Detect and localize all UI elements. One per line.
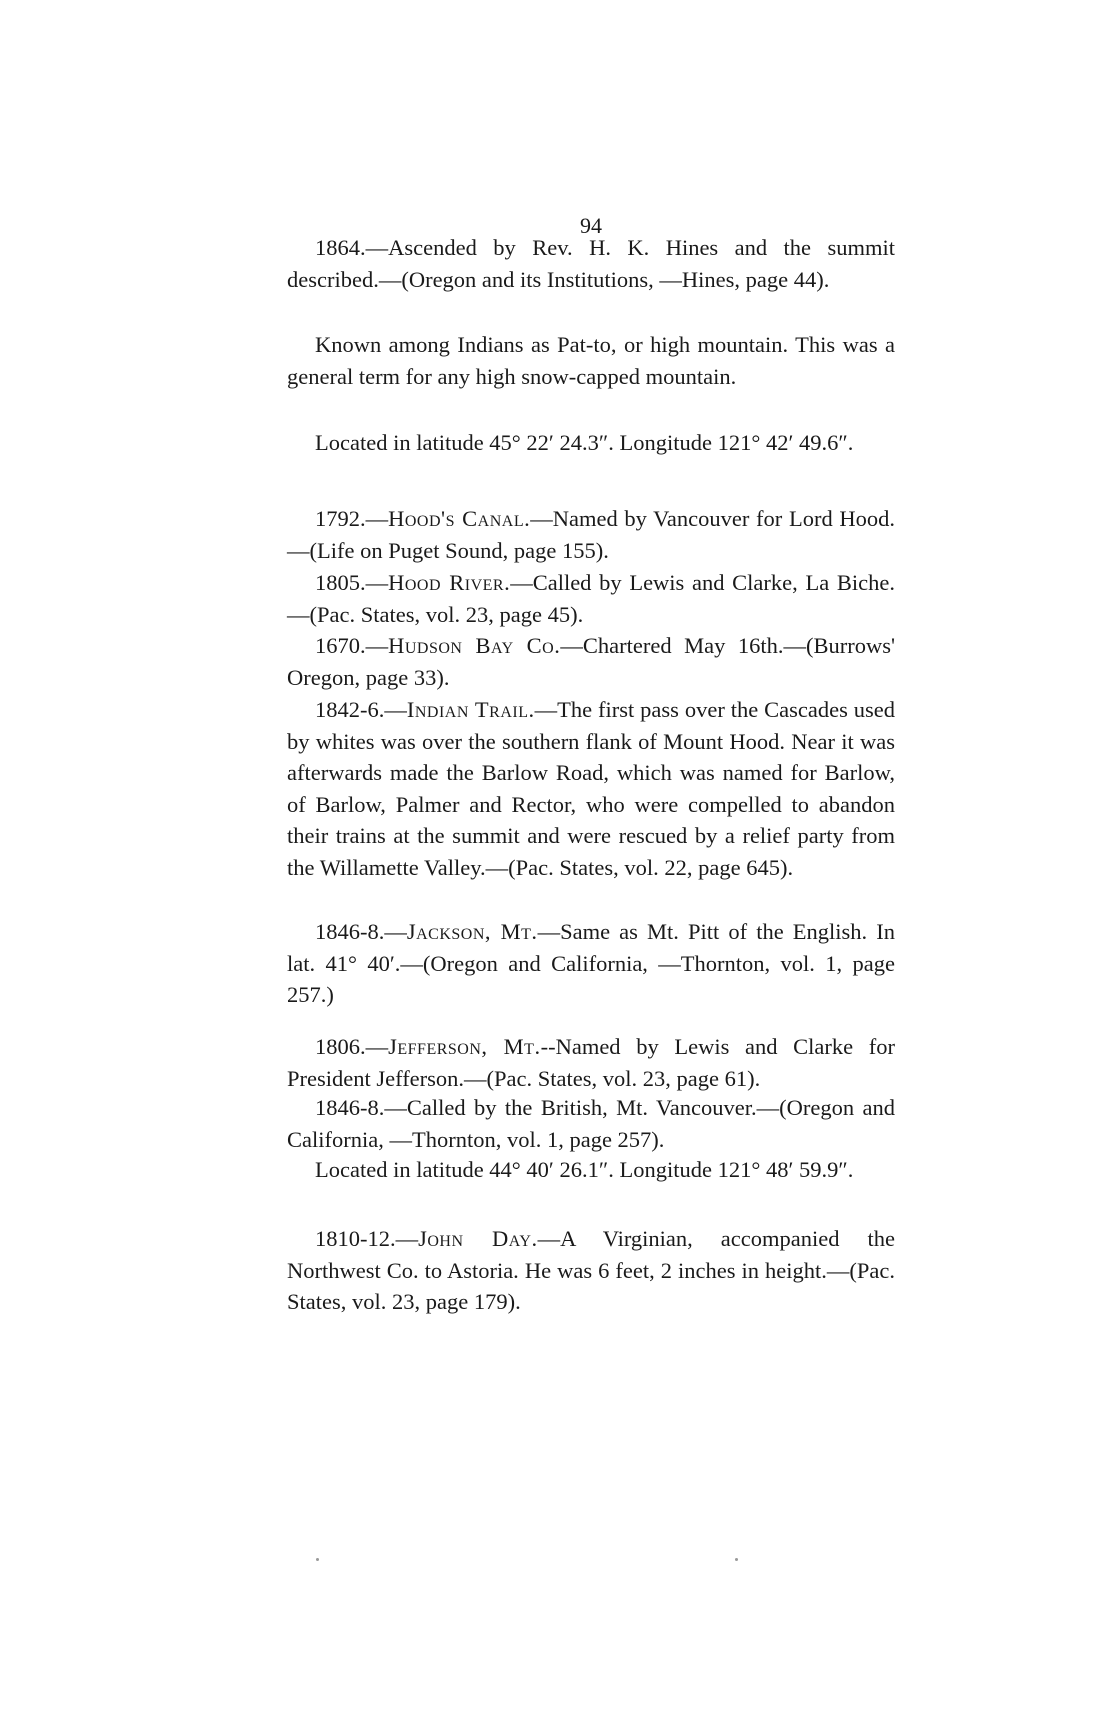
entry-heading: Indian Trail.	[407, 697, 535, 722]
entry-hood-river: 1805.—Hood River.—Called by Lewis and Cl…	[287, 567, 895, 630]
entry-jackson-mt: 1846-8.—Jackson, Mt.—Same as Mt. Pitt of…	[287, 916, 895, 1011]
entry-year: 1846-8.	[315, 1095, 384, 1120]
entry-text: —The first pass over the Cascades used b…	[287, 697, 895, 880]
entry-heading: Hudson Bay Co.	[388, 633, 560, 658]
entry-year: 1810-12.—	[315, 1226, 418, 1251]
entry-text: Known among Indians as Pat-to, or high m…	[287, 332, 895, 389]
entry-year: 1864.	[315, 235, 366, 260]
entry-year: 1805.—	[315, 570, 388, 595]
paragraph-jefferson-location: Located in latitude 44° 40′ 26.1″. Longi…	[287, 1154, 895, 1186]
entry-indian-trail: 1842-6.—Indian Trail.—The first pass ove…	[287, 694, 895, 883]
paragraph-hood-location: Located in latitude 45° 22′ 24.3″. Longi…	[287, 427, 895, 459]
entry-text: —Ascended by Rev. H. K. Hines and the su…	[287, 235, 895, 292]
entry-heading: Hood's Canal.	[388, 506, 530, 531]
entry-year: 1846-8.—	[315, 919, 407, 944]
entry-heading: John Day.	[418, 1226, 537, 1251]
entry-year: 1792.—	[315, 506, 388, 531]
entry-hudson-bay-co: 1670.—Hudson Bay Co.—Chartered May 16th.…	[287, 630, 895, 693]
entry-heading: Jackson, Mt.	[407, 919, 538, 944]
entry-text: Located in latitude 44° 40′ 26.1″. Longi…	[315, 1157, 853, 1182]
entry-year: 1670.—	[315, 633, 388, 658]
entry-heading: Hood River.	[388, 570, 510, 595]
entry-hoods-canal: 1792.—Hood's Canal.—Named by Vancouver f…	[287, 503, 895, 566]
entry-jefferson-mt: 1806.—Jefferson, Mt.--Named by Lewis and…	[287, 1031, 895, 1094]
paragraph-1864-ascent: 1864.—Ascended by Rev. H. K. Hines and t…	[287, 232, 895, 295]
paragraph-jefferson-british: 1846-8.—Called by the British, Mt. Vanco…	[287, 1092, 895, 1155]
entry-heading: Jefferson, Mt.	[388, 1034, 540, 1059]
entry-year: 1806.—	[315, 1034, 388, 1059]
entry-year: 1842-6.—	[315, 697, 407, 722]
scan-speck	[735, 1558, 738, 1561]
scan-speck	[316, 1558, 319, 1561]
entry-john-day: 1810-12.—John Day.—A Virginian, accompan…	[287, 1223, 895, 1318]
paragraph-indian-name: Known among Indians as Pat-to, or high m…	[287, 329, 895, 392]
entry-text: Located in latitude 45° 22′ 24.3″. Longi…	[315, 430, 853, 455]
